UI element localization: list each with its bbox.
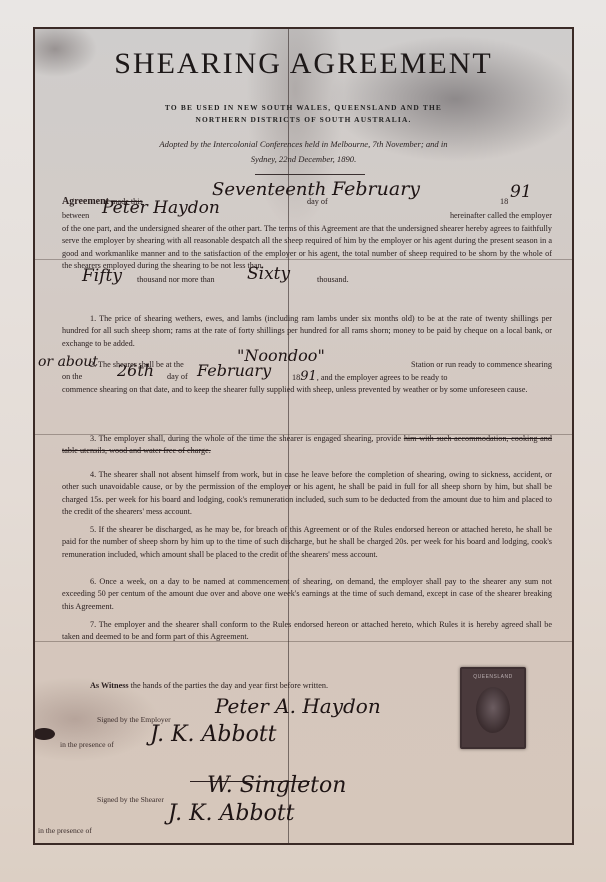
handwritten-start-month: February bbox=[197, 365, 271, 377]
clause-number: 7. bbox=[90, 620, 96, 629]
handwritten-min-sheep: Fifty bbox=[82, 270, 122, 282]
hereinafter-text: hereinafter called the employer bbox=[450, 210, 552, 222]
handwritten-year: 91 bbox=[510, 186, 532, 198]
employer-signature: Peter A. Haydon bbox=[215, 694, 381, 718]
year-printed: 18 bbox=[500, 196, 508, 208]
min-suffix-text: thousand nor more than bbox=[137, 274, 215, 286]
handwritten-start-day: 26th bbox=[117, 365, 154, 377]
witness-text: the hands of the parties the day and yea… bbox=[131, 681, 328, 690]
between-text: between bbox=[62, 211, 89, 220]
year-printed: 18 bbox=[292, 373, 300, 382]
handwritten-month: February bbox=[332, 183, 420, 195]
day-of-text: day of bbox=[167, 371, 188, 383]
clause-number: 4. bbox=[90, 470, 96, 479]
clause-number: 3. bbox=[90, 434, 96, 443]
witness-1-signature: J. K. Abbott bbox=[150, 722, 277, 747]
clause-6: 6. Once a week, on a day to be named at … bbox=[62, 576, 552, 613]
witness-lead: As Witness bbox=[90, 681, 129, 690]
clause-7: 7. The employer and the shearer shall co… bbox=[62, 619, 552, 644]
shearer-signature-label: Signed by the Shearer bbox=[97, 795, 164, 804]
witness-2-signature: J. K. Abbott bbox=[168, 801, 295, 826]
clause-1: 1. The price of shearing wethers, ewes, … bbox=[62, 313, 552, 350]
clause-text: The employer and the shearer shall confo… bbox=[62, 620, 552, 641]
shearing-agreement-document: SHEARING AGREEMENT To be used in New Sou… bbox=[33, 27, 574, 845]
handwritten-margin-note: or about bbox=[38, 354, 98, 370]
subtitle-line-2: Northern Districts of South Australia. bbox=[95, 114, 512, 126]
clause-number: 1. bbox=[90, 314, 96, 323]
handwritten-day: Seventeenth bbox=[212, 184, 326, 196]
clause-text: The shearer shall not absent himself fro… bbox=[62, 470, 552, 516]
ink-blot bbox=[33, 728, 55, 740]
preamble-text: of the one part, and the undersigned she… bbox=[62, 223, 552, 272]
clause-3: 3. The employer shall, during the whole … bbox=[62, 433, 552, 458]
clause-text: The price of shearing wethers, ewes, and… bbox=[62, 314, 552, 348]
adoption-line-2: Sydney, 22nd December, 1890. bbox=[85, 152, 522, 167]
clause-text: The employer shall, during the whole of … bbox=[99, 434, 401, 443]
adoption-line-1: Adopted by the Intercolonial Conferences… bbox=[85, 137, 522, 152]
clause-number: 6. bbox=[90, 577, 96, 586]
max-suffix-text: thousand. bbox=[317, 274, 349, 286]
shearer-signature: W. Singleton bbox=[207, 773, 346, 798]
clause-text: Once a week, on a day to be named at com… bbox=[62, 577, 552, 611]
title-divider bbox=[255, 174, 365, 175]
handwritten-max-sheep: Sixty bbox=[247, 268, 290, 280]
presence-label-1: in the presence of bbox=[60, 740, 114, 749]
clause-number: 5. bbox=[90, 525, 96, 534]
stamp-portrait bbox=[476, 687, 510, 733]
clause-5: 5. If the shearer be discharged, as he m… bbox=[62, 524, 552, 561]
document-title: SHEARING AGREEMENT bbox=[35, 47, 572, 81]
clause-text: If the shearer be discharged, as he may … bbox=[62, 525, 552, 559]
revenue-stamp: QUEENSLAND bbox=[460, 667, 526, 749]
handwritten-employer-name: Peter Haydon bbox=[102, 202, 220, 214]
document-subtitle: To be used in New South Wales, Queenslan… bbox=[95, 102, 512, 126]
preamble: Agreement made this Seventeenth day of F… bbox=[62, 196, 552, 288]
adoption-note: Adopted by the Intercolonial Conferences… bbox=[85, 137, 522, 167]
clause-2: 2. The shearer shall be at the "Noondoo"… bbox=[62, 359, 552, 396]
presence-label-2: in the presence of bbox=[38, 826, 92, 835]
subtitle-line-1: To be used in New South Wales, Queenslan… bbox=[95, 102, 512, 114]
stamp-label: QUEENSLAND bbox=[462, 674, 524, 680]
day-of-text: day of bbox=[307, 196, 328, 208]
clause-4: 4. The shearer shall not absent himself … bbox=[62, 469, 552, 518]
handwritten-start-year: 91 bbox=[300, 369, 317, 384]
